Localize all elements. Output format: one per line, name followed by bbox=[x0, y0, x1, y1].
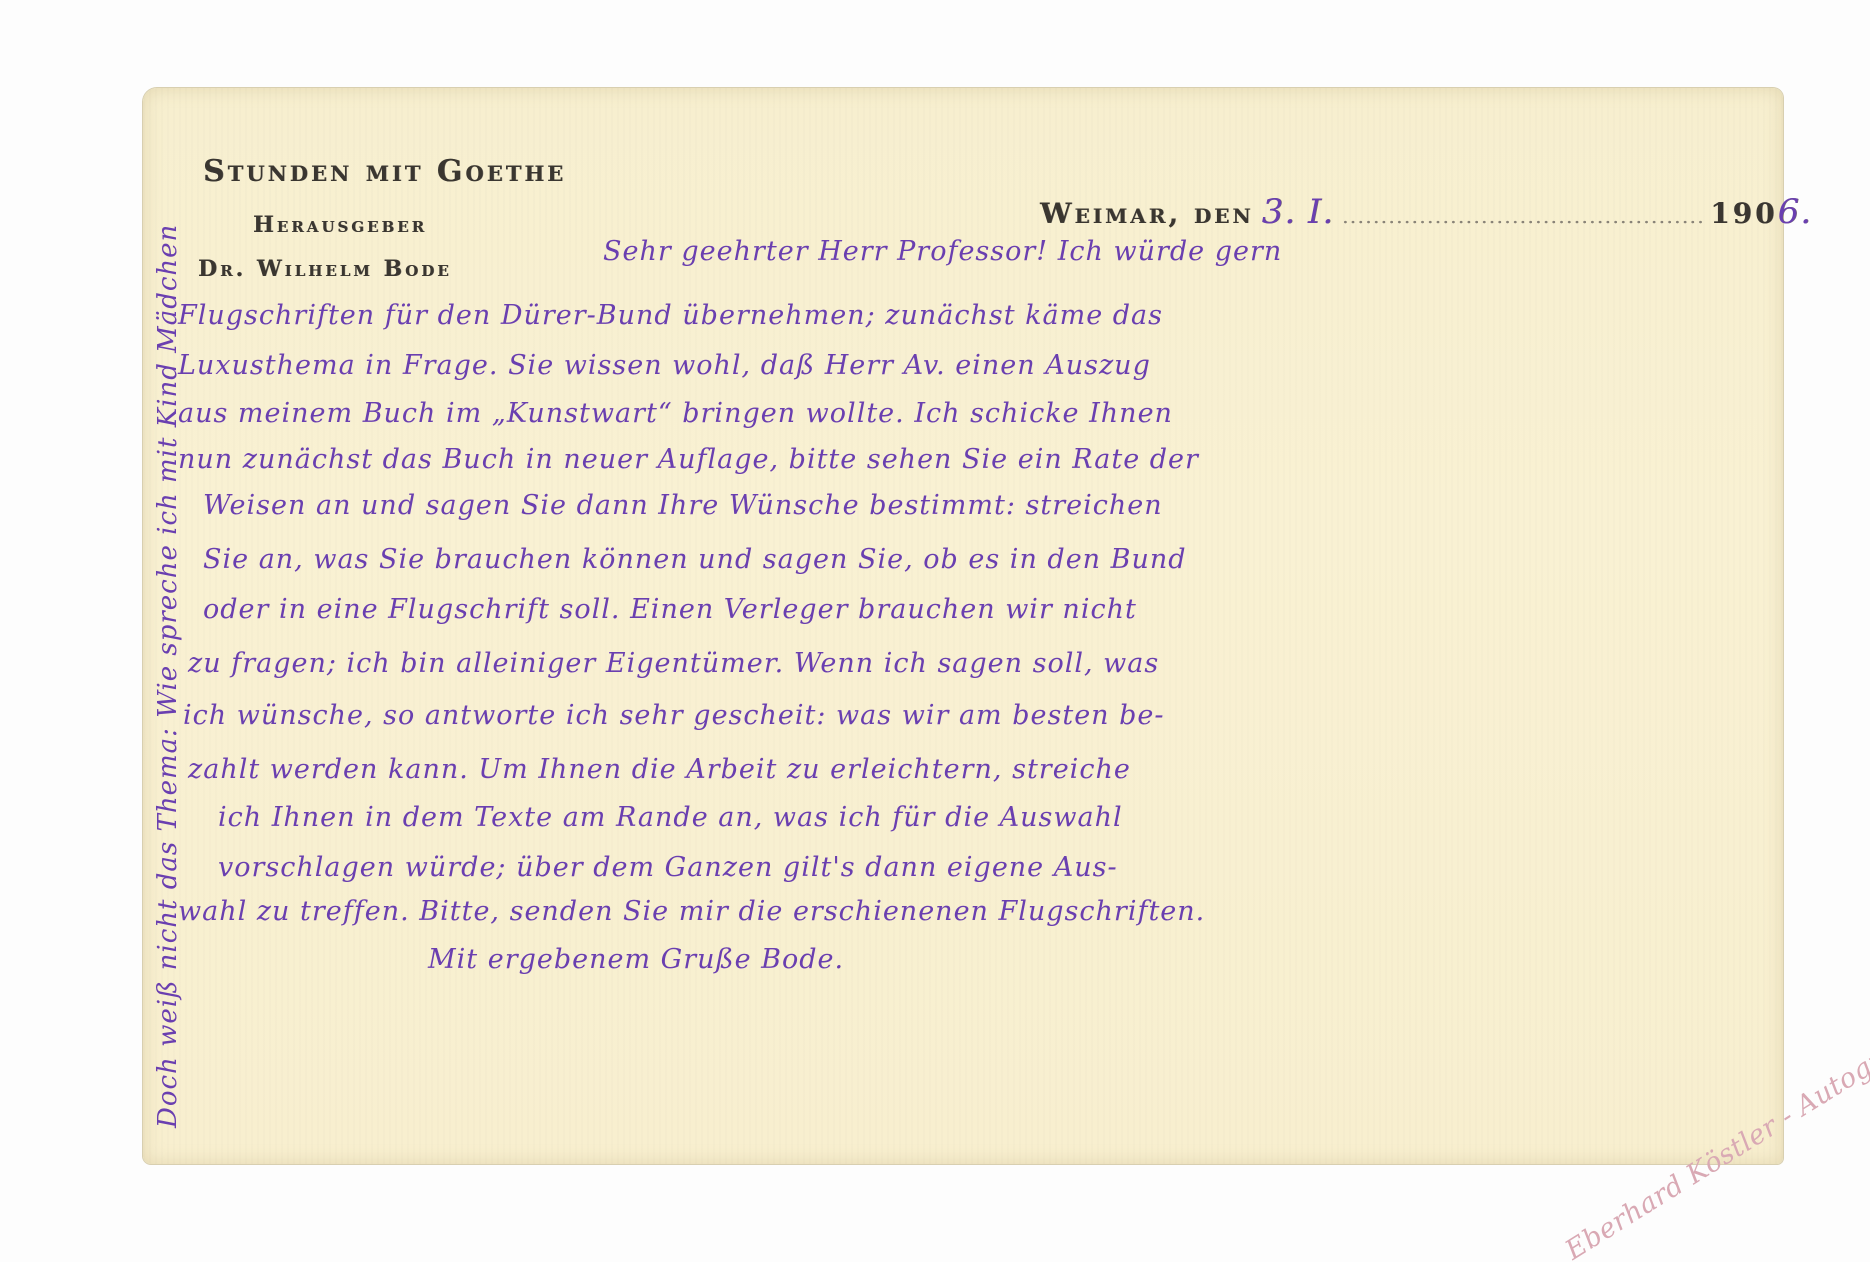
letter-line: Weisen an und sagen Sie dann Ihre Wünsch… bbox=[203, 490, 1163, 521]
salutation: Sehr geehrter Herr Professor! Ich würde … bbox=[603, 236, 1282, 267]
letter-line: zu fragen; ich bin alleiniger Eigentümer… bbox=[188, 648, 1159, 679]
letter-line: nun zunächst das Buch in neuer Auflage, … bbox=[178, 444, 1199, 475]
letter-line: wahl zu treffen. Bitte, senden Sie mir d… bbox=[178, 896, 1205, 927]
letter-line: ich Ihnen in dem Texte am Rande an, was … bbox=[218, 802, 1123, 833]
postcard: Stunden mit Goethe Herausgeber Dr. Wilhe… bbox=[143, 88, 1783, 1164]
letter-line: Luxusthema in Frage. Sie wissen wohl, da… bbox=[178, 350, 1151, 381]
letter-line: ich wünsche, so antworte ich sehr gesche… bbox=[183, 700, 1165, 731]
letter-line: Sie an, was Sie brauchen können und sage… bbox=[203, 544, 1187, 575]
letter-line: oder in eine Flugschrift soll. Einen Ver… bbox=[203, 594, 1137, 625]
closing-signature: Mit ergebenem Gruße Bode. bbox=[428, 944, 844, 975]
letter-line: Flugschriften für den Dürer-Bund überneh… bbox=[178, 300, 1163, 331]
letter-body: Sehr geehrter Herr Professor! Ich würde … bbox=[143, 88, 1783, 1164]
margin-note-vertical: Doch weiß nicht das Thema: Wie spreche i… bbox=[153, 224, 183, 1128]
letter-line: vorschlagen würde; über dem Ganzen gilt'… bbox=[218, 852, 1118, 883]
letter-line: zahlt werden kann. Um Ihnen die Arbeit z… bbox=[188, 754, 1131, 785]
letter-line: aus meinem Buch im „Kunstwart“ bringen w… bbox=[178, 398, 1173, 429]
